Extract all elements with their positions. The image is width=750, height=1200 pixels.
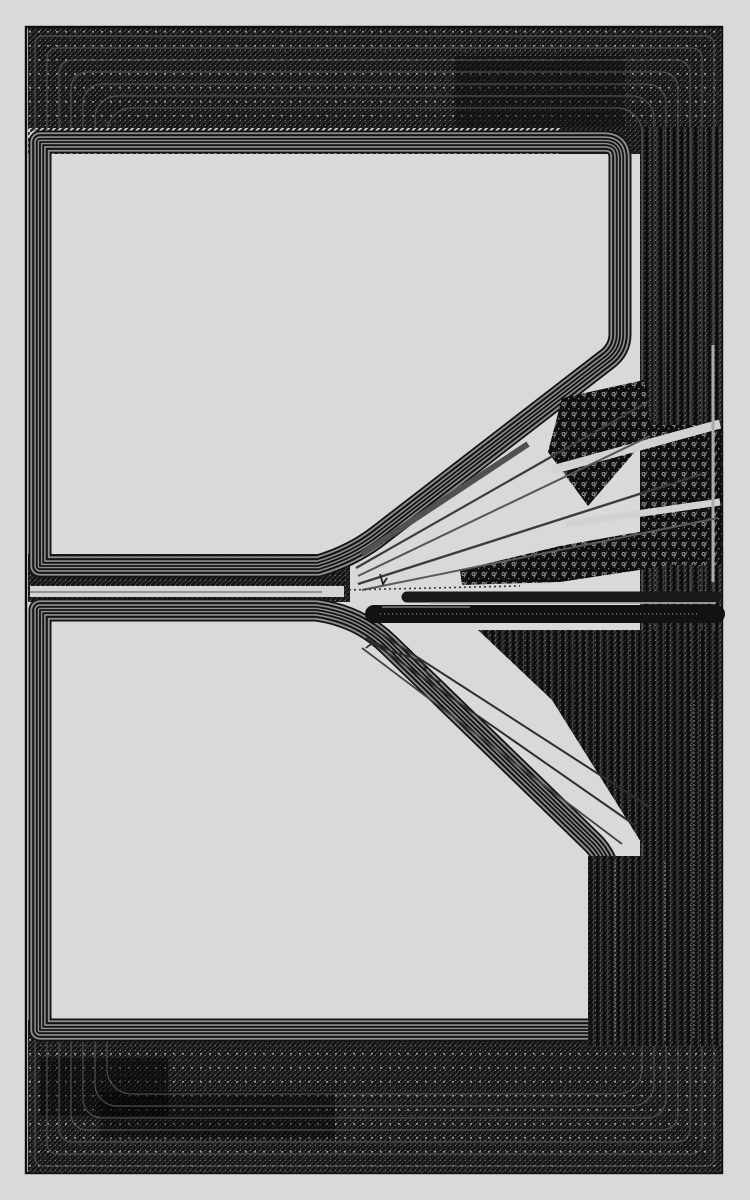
frame-band-top-dark-segment	[455, 56, 625, 128]
bottom-right-block-stripes	[588, 856, 722, 1046]
bottom-left-block-2	[100, 1092, 335, 1138]
character-art-mesh-figure	[0, 0, 750, 1200]
